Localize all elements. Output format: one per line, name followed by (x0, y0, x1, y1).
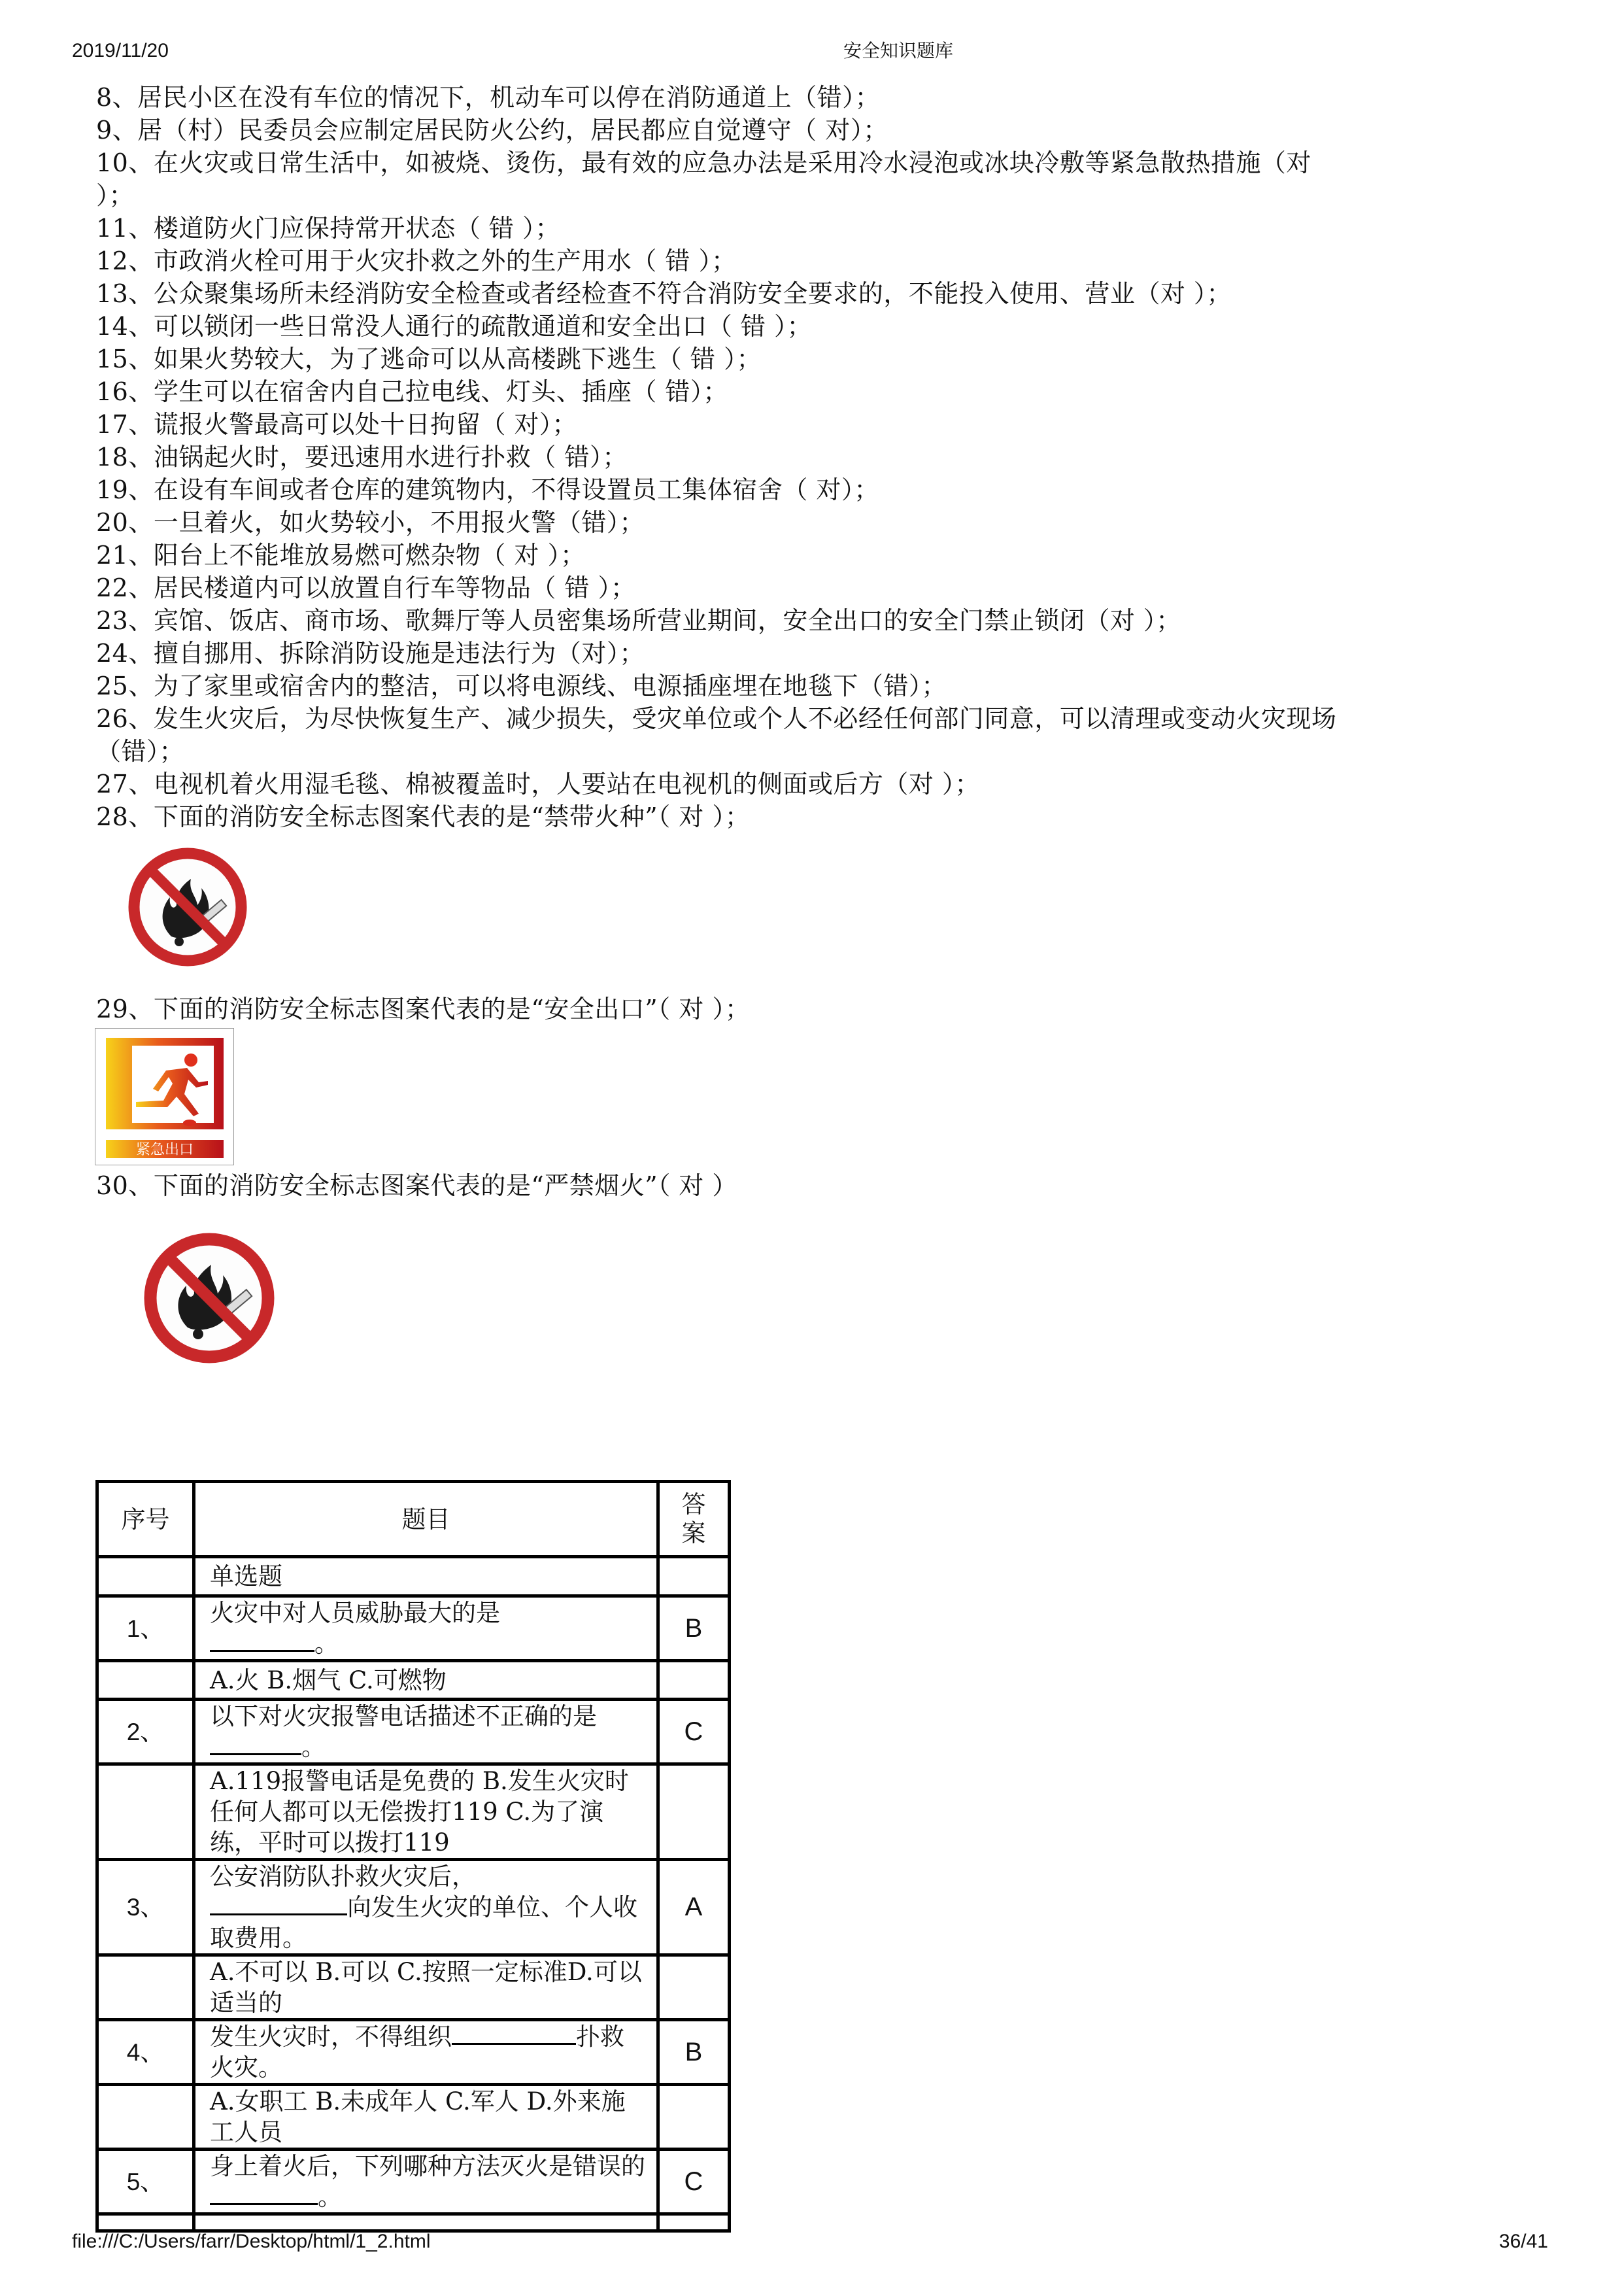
section-label: 单选题 (194, 1557, 658, 1596)
sign-question-29: 29、下面的消防安全标志图案代表的是“安全出口”（ 对 ）； (96, 993, 750, 1025)
table-header-row: 序号 题目 答案 (97, 1482, 730, 1557)
judgement-item: 10、在火灾或日常生活中，如被烧、烫伤，最有效的应急办法是采用冷水浸泡或冰块冷敷… (96, 146, 1547, 179)
sign-question-30: 30、下面的消防安全标志图案代表的是“严禁烟火”（ 对 ） (96, 1169, 737, 1202)
judgement-item: 14、可以锁闭一些日常没人通行的疏散通道和安全出口（ 错 ）； (96, 310, 1547, 343)
header-question: 题目 (194, 1482, 658, 1557)
judgement-item: 20、一旦着火，如火势较小，不用报火警（错）； (96, 506, 1547, 539)
quiz-table: 序号 题目 答案 单选题 1、 火灾中对人员威胁最大的是。 B A.火 B.烟气… (95, 1480, 731, 2233)
judgement-item: 16、学生可以在宿舍内自己拉电线、灯头、插座（ 错）； (96, 375, 1547, 408)
judgement-item: 25、为了家里或宿舍内的整洁，可以将电源线、电源插座埋在地毯下（错）； (96, 670, 1547, 702)
question-text: 发生火灾时，不得组织扑救火灾。 (194, 2020, 658, 2085)
table-row: 4、 发生火灾时，不得组织扑救火灾。 B (97, 2020, 730, 2085)
question-number: 3、 (97, 1860, 194, 1955)
question-text: 以下对火灾报警电话描述不正确的是。 (194, 1700, 658, 1764)
judgement-item: 19、在设有车间或者仓库的建筑物内，不得设置员工集体宿舍（ 对）； (96, 473, 1547, 506)
options-text: A.火 B.烟气 C.可燃物 (194, 1661, 658, 1700)
page-number: 36/41 (1499, 2231, 1548, 2252)
sign-question-28: 28、下面的消防安全标志图案代表的是“禁带火种”（ 对 ）； (96, 800, 750, 833)
judgement-item: 21、阳台上不能堆放易燃可燃杂物（ 对 ）； (96, 539, 1547, 572)
answer-cell: B (658, 2020, 730, 2085)
answer-cell: A (658, 1860, 730, 1955)
answer-cell: B (658, 1596, 730, 1661)
judgement-item: 17、谎报火警最高可以处十日拘留（ 对）； (96, 408, 1547, 441)
question-number: 2、 (97, 1700, 194, 1764)
document-title: 安全知识题库 (843, 41, 953, 61)
judgement-item: 24、擅自挪用、拆除消防设施是违法行为（对）； (96, 637, 1547, 670)
question-text: 公安消防队扑救火灾后，向发生火灾的单位、个人收取费用。 (194, 1860, 658, 1955)
judgement-item: 11、楼道防火门应保持常开状态（ 错 ）； (96, 212, 1547, 245)
judgement-list: 8、居民小区在没有车位的情况下，机动车可以停在消防通道上（错）； 9、居（村）民… (96, 81, 1547, 800)
answer-blank (452, 2023, 576, 2045)
exit-sign-label: 紧急出口 (136, 1142, 194, 1158)
clipped-row (97, 2214, 730, 2231)
judgement-item: 8、居民小区在没有车位的情况下，机动车可以停在消防通道上（错）； (96, 81, 1547, 114)
judgement-item: 15、如果火势较大，为了逃命可以从高楼跳下逃生（ 错 ）； (96, 343, 1547, 375)
table-row: 2、 以下对火灾报警电话描述不正确的是。 C (97, 1700, 730, 1764)
table-row: 5、 身上着火后，下列哪种方法灭火是错误的。 C (97, 2150, 730, 2214)
question-number: 5、 (97, 2150, 194, 2214)
judgement-item-continuation: ）； (96, 179, 1547, 212)
answer-cell: C (658, 1700, 730, 1764)
section-row: 单选题 (97, 1557, 730, 1596)
judgement-item: 26、发生火灾后，为尽快恢复生产、减少损失，受灾单位或个人不必经任何部门同意，可… (96, 702, 1547, 735)
judgement-item: 13、公众聚集场所未经消防安全检查或者经检查不符合消防安全要求的，不能投入使用、… (96, 277, 1547, 310)
no-fire-source-sign-icon (126, 845, 250, 969)
page-url: file:///C:/Users/farr/Desktop/html/1_2.h… (72, 2231, 431, 2252)
print-date: 2019/11/20 (72, 41, 169, 61)
options-row: A.不可以 B.可以 C.按照一定标准D.可以适当的 (97, 1955, 730, 2020)
options-text: A.女职工 B.未成年人 C.军人 D.外来施工人员 (194, 2085, 658, 2150)
question-number: 4、 (97, 2020, 194, 2085)
judgement-item: 18、油锅起火时，要迅速用水进行扑救（ 错）； (96, 441, 1547, 473)
question-text: 身上着火后，下列哪种方法灭火是错误的。 (194, 2150, 658, 2214)
judgement-item: 23、宾馆、饭店、商市场、歌舞厅等人员密集场所营业期间，安全出口的安全门禁止锁闭… (96, 604, 1547, 637)
emergency-exit-sign-icon: 紧急出口 (95, 1028, 234, 1165)
table-row: 1、 火灾中对人员威胁最大的是。 B (97, 1596, 730, 1661)
judgement-item: 12、市政消火栓可用于火灾扑救之外的生产用水（ 错 ）； (96, 245, 1547, 277)
options-row: A.女职工 B.未成年人 C.军人 D.外来施工人员 (97, 2085, 730, 2150)
judgement-item: 9、居（村）民委员会应制定居民防火公约，居民都应自觉遵守（ 对）； (96, 114, 1547, 146)
question-text: 火灾中对人员威胁最大的是。 (194, 1596, 658, 1661)
answer-blank (210, 2184, 318, 2205)
options-text: A.119报警电话是免费的 B.发生火灾时任何人都可以无偿拨打119 C.为了演… (194, 1764, 658, 1860)
answer-blank (210, 1630, 314, 1652)
judgement-item-continuation: （错）； (96, 735, 1547, 768)
answer-blank (210, 1894, 347, 1915)
judgement-item: 27、电视机着火用湿毛毯、棉被覆盖时，人要站在电视机的侧面或后方（对 ）； (96, 768, 1547, 800)
answer-blank (210, 1734, 301, 1755)
options-text: A.不可以 B.可以 C.按照一定标准D.可以适当的 (194, 1955, 658, 2020)
answer-cell: C (658, 2150, 730, 2214)
options-row: A.119报警电话是免费的 B.发生火灾时任何人都可以无偿拨打119 C.为了演… (97, 1764, 730, 1860)
table-row: 3、 公安消防队扑救火灾后，向发生火灾的单位、个人收取费用。 A (97, 1860, 730, 1955)
header-answer: 答案 (658, 1482, 730, 1557)
judgement-item: 22、居民楼道内可以放置自行车等物品（ 错 ）； (96, 572, 1547, 604)
no-fire-sign-icon (141, 1229, 278, 1367)
header-num: 序号 (97, 1482, 194, 1557)
question-number: 1、 (97, 1596, 194, 1661)
options-row: A.火 B.烟气 C.可燃物 (97, 1661, 730, 1700)
